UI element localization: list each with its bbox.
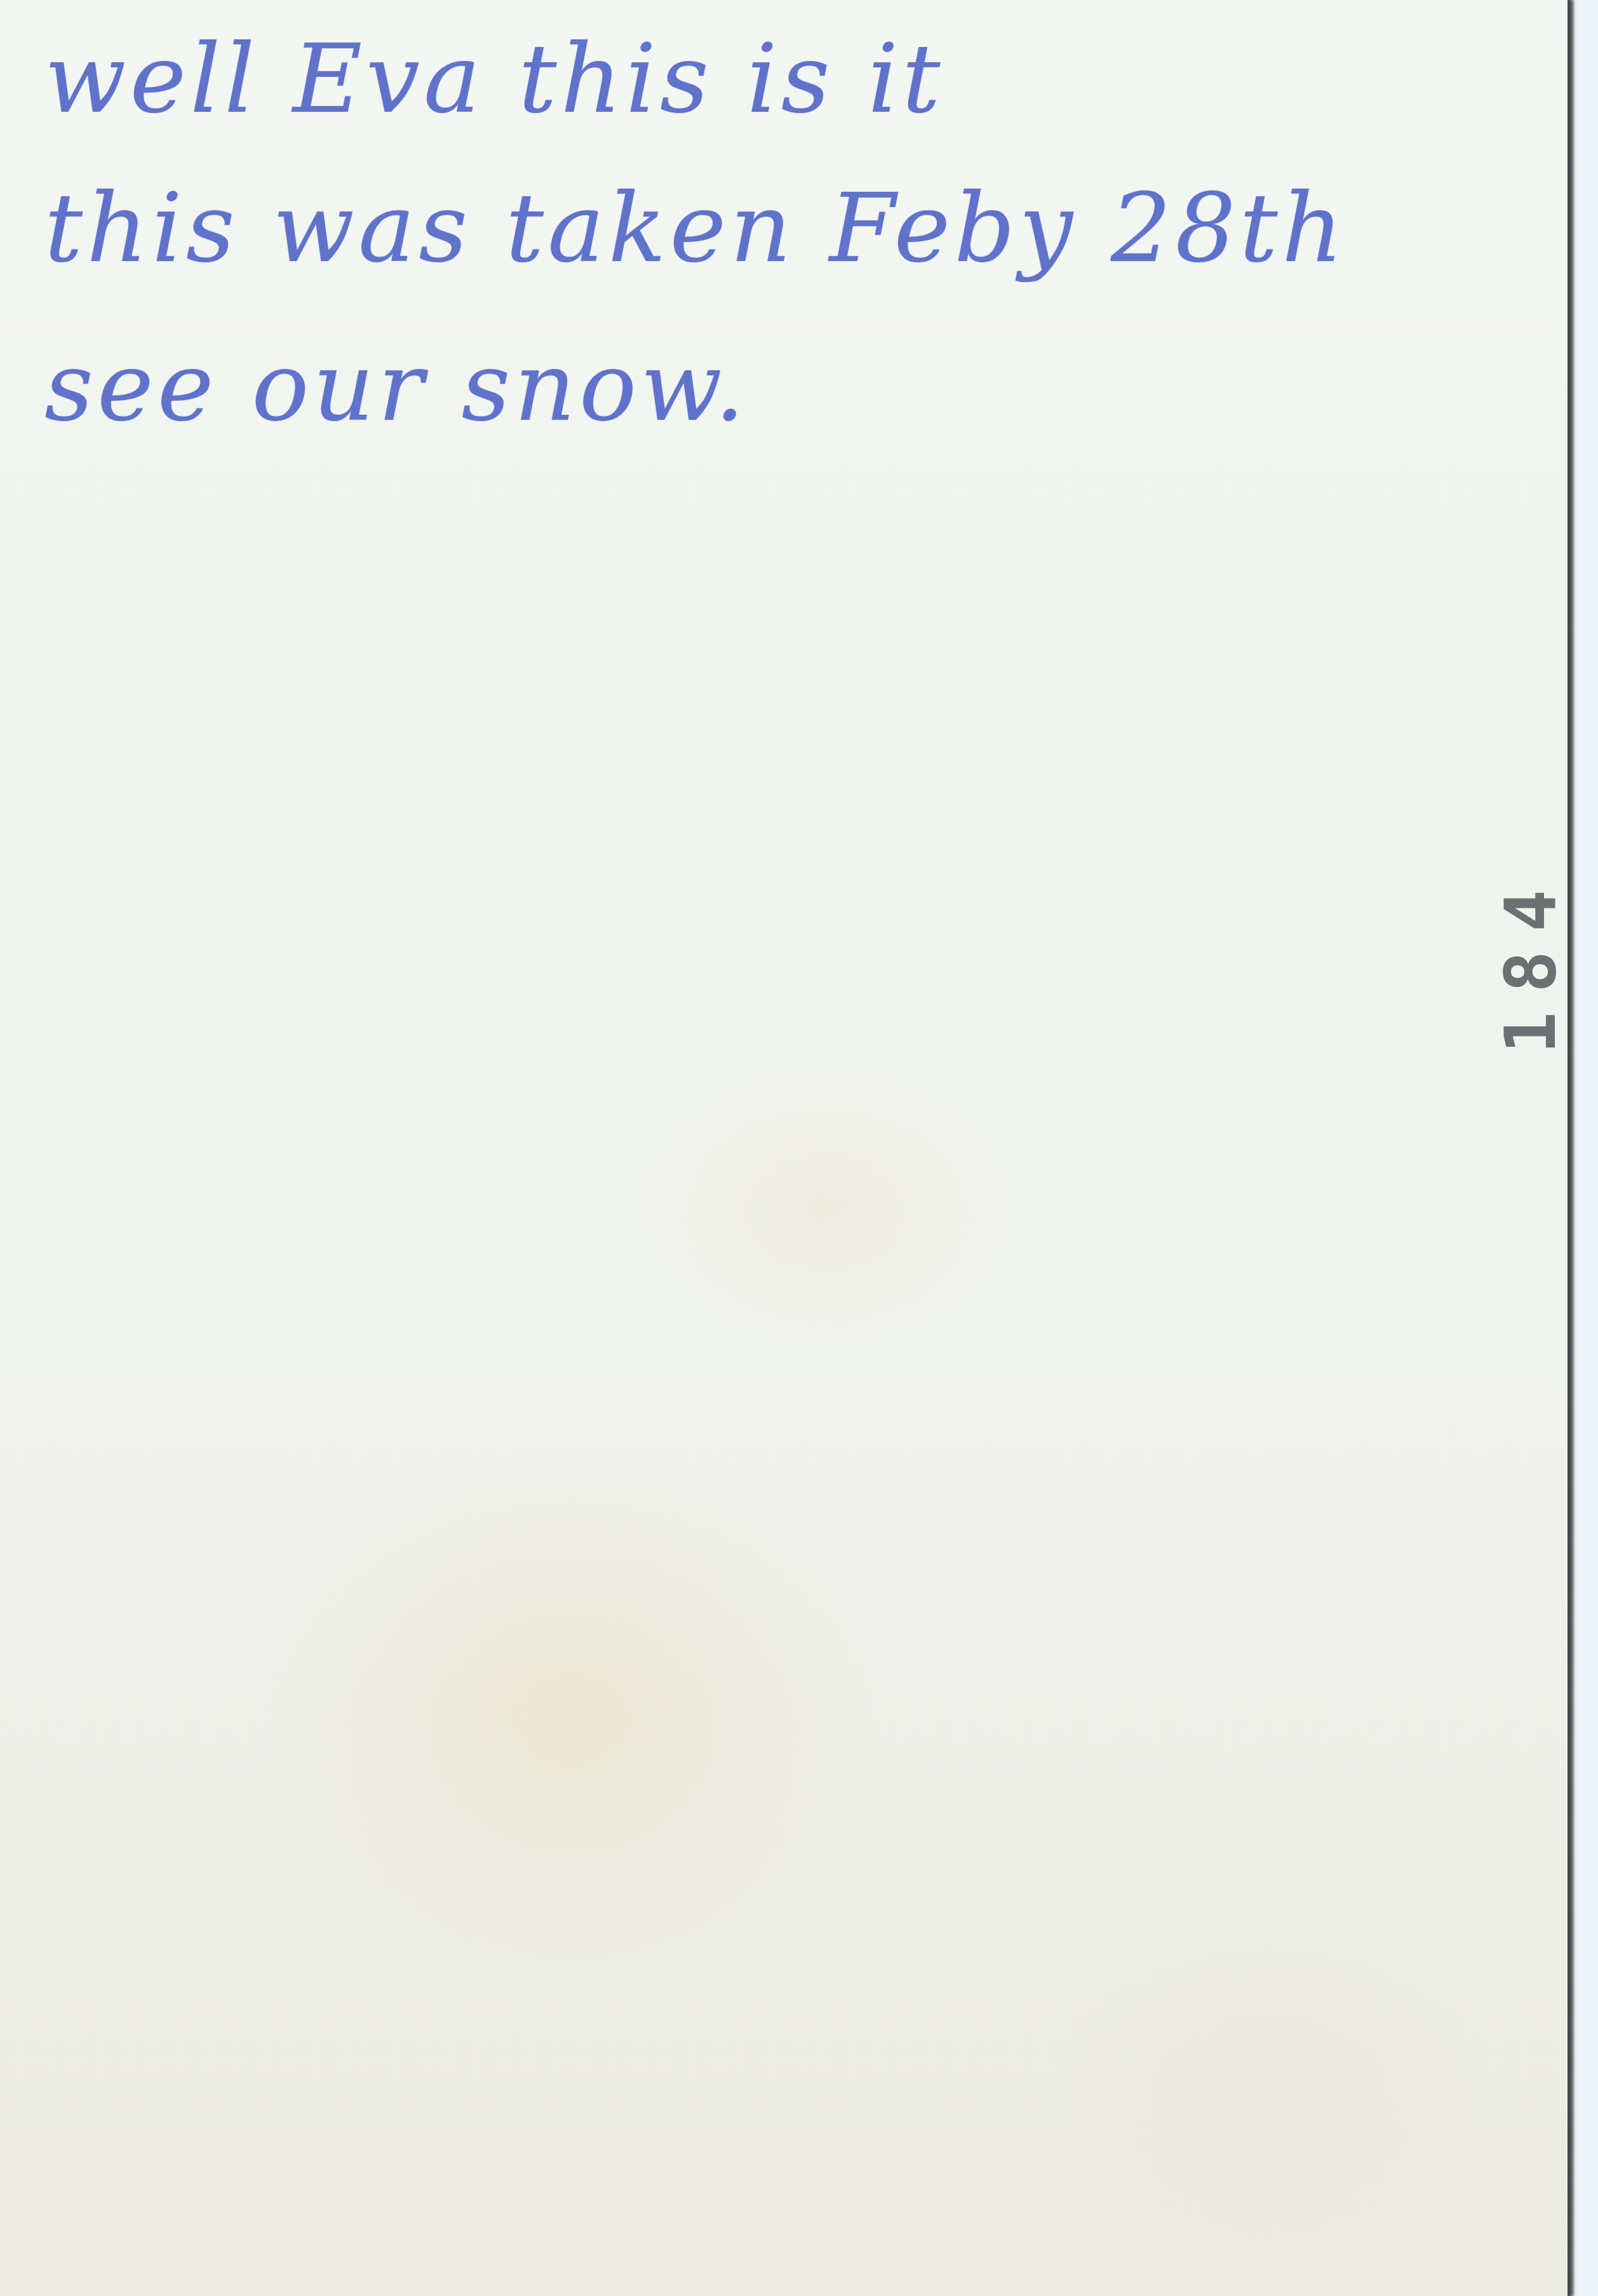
stamped-number: 184 <box>1496 867 1566 1057</box>
note-line-3: see our snow. <box>44 340 1505 473</box>
photo-card-back: well Eva this is it this was taken Feby … <box>0 0 1568 2296</box>
handwritten-note: well Eva this is it this was taken Feby … <box>44 13 1505 473</box>
note-line-2: this was taken Feby 28th <box>44 181 1505 314</box>
note-line-1: well Eva this is it <box>44 32 1505 165</box>
